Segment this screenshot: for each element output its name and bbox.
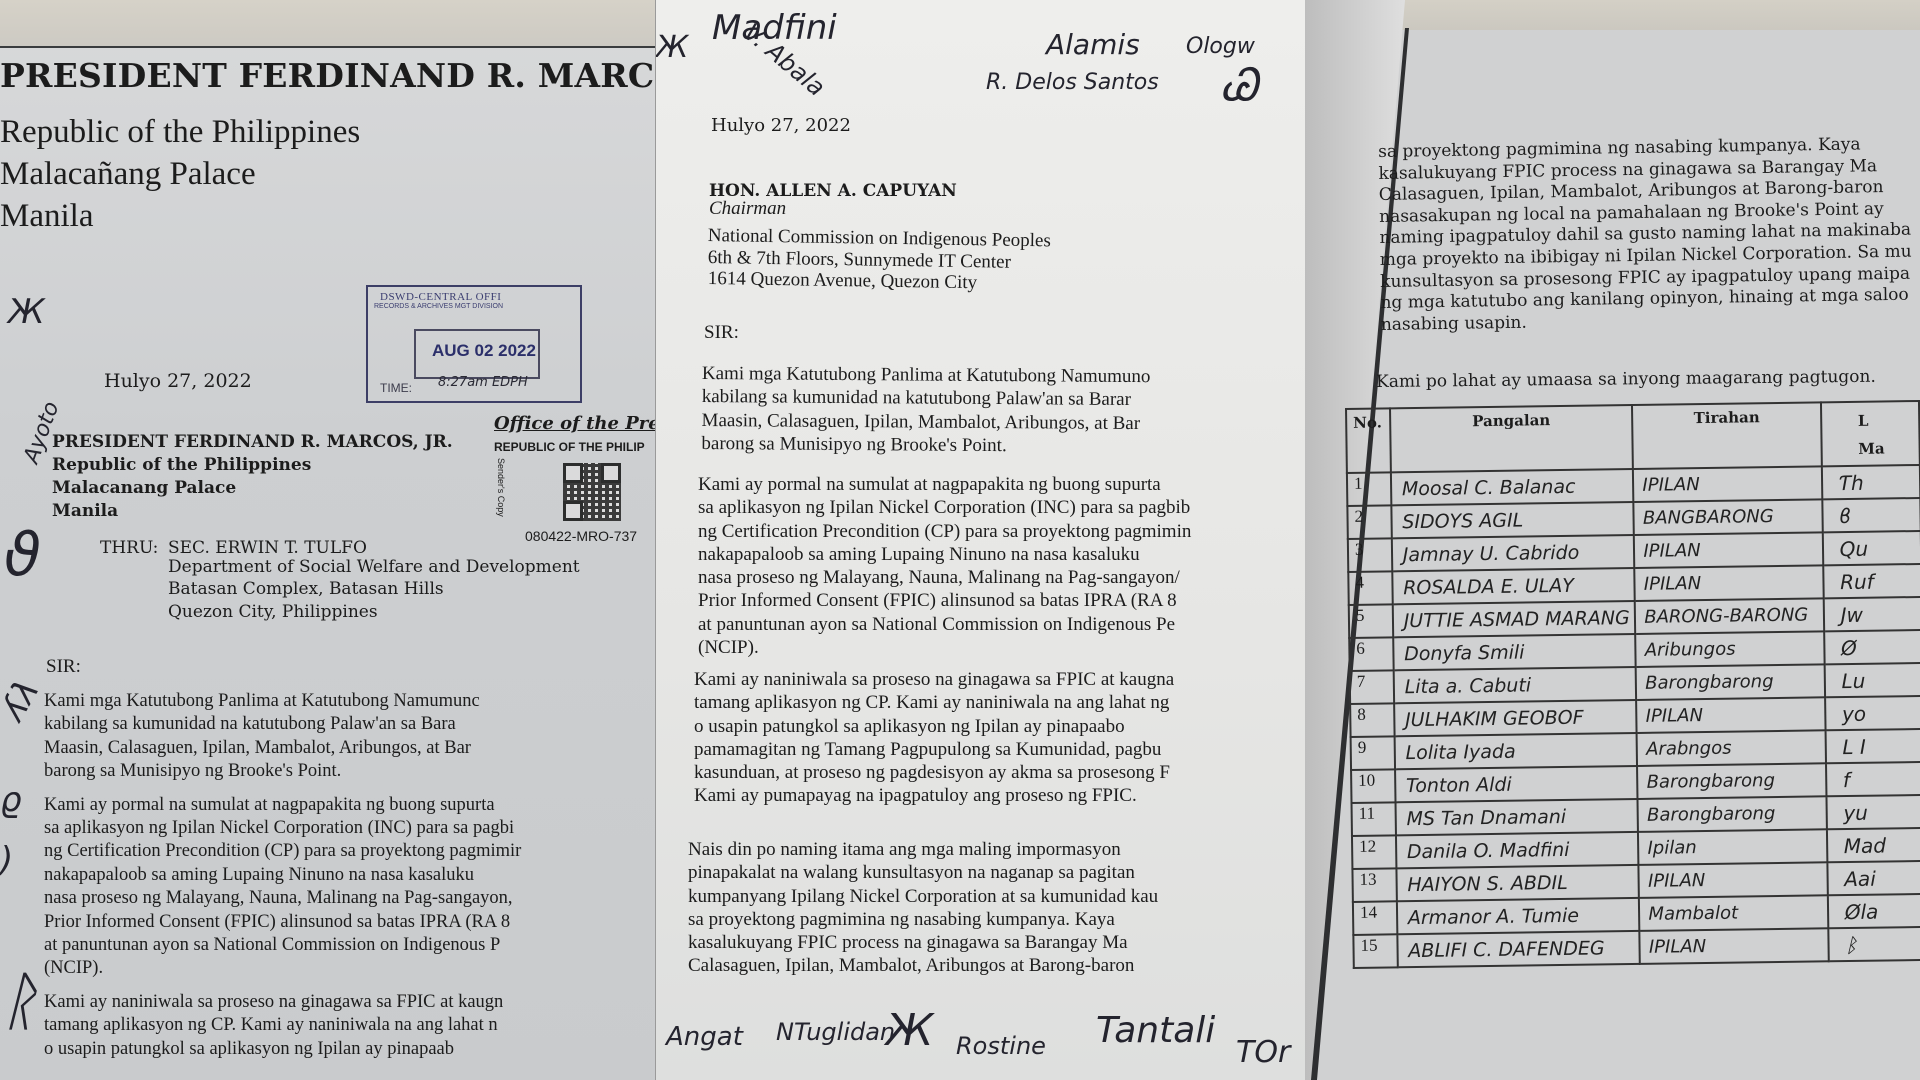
salutation: SIR:	[46, 656, 81, 678]
stamp-date: AUG 02 2022	[432, 341, 536, 361]
letterhead-line: Manila	[0, 198, 93, 235]
body-line: kabilang sa kumunidad na katutubong Pala…	[702, 385, 1151, 411]
body-line: at panuntunan ayon sa National Commissio…	[698, 613, 1191, 636]
body-line: o usapin patungkol sa aplikasyon ng Ipil…	[44, 1038, 655, 1061]
addressee-line: PRESIDENT FERDINAND R. MARCOS, JR.	[52, 432, 453, 452]
body-line: Kami ay pormal na sumulat at nagpapakita…	[44, 794, 655, 817]
stamp-time-label: TIME:	[380, 381, 412, 395]
body-line: Maasin, Calasaguen, Ipilan, Mambalot, Ar…	[44, 737, 655, 760]
body-line: Calasaguen, Ipilan, Mambalot, Aribungos …	[688, 954, 1158, 977]
letter-heading: PRESIDENT FERDINAND R. MARCOS JR	[0, 56, 655, 95]
margin-signature: ᚱ	[0, 965, 38, 1039]
body-line: nakapapaloob sa aming Lupaing Ninuno na …	[44, 864, 655, 887]
body-line: Kami mga Katutubong Panlima at Katutubon…	[44, 690, 655, 713]
initials-signature: Ж	[8, 292, 45, 332]
qr-code-icon	[563, 463, 621, 521]
body-paragraph: Kami ay pormal na sumulat at nagpapakita…	[698, 473, 1191, 659]
body-line: Kami ay pumapayag na ipagpatuloy ang pro…	[694, 784, 1174, 807]
signature: Ologw	[1186, 34, 1255, 59]
body-paragraph: Kami ay naniniwala sa proseso na ginagaw…	[44, 991, 655, 1061]
body-paragraph: Kami ay pormal na sumulat at nagpapakita…	[44, 794, 655, 981]
continuation-paragraph: sa proyektong pagmimina ng nasabing kump…	[1378, 134, 1913, 337]
margin-signature: ϱ	[0, 780, 22, 820]
letter-body: Kami mga Katutubong Panlima at Katutubon…	[44, 690, 655, 1071]
body-line: tamang aplikasyon ng CP. Kami ay naniniw…	[694, 691, 1174, 714]
margin-signature: ϑ	[4, 520, 41, 590]
margin-signature: )	[0, 840, 13, 880]
body-line: ng Certification Precondition (CP) para …	[44, 840, 655, 863]
signature: R. Delos Santos	[986, 70, 1159, 95]
body-line: kabilang sa kumunidad na katutubong Pala…	[44, 713, 655, 736]
signature: Angat	[666, 1022, 743, 1052]
body-paragraph: Kami ay naniniwala sa proseso na ginagaw…	[694, 668, 1174, 808]
addressee-line: Republic of the Philippines	[52, 455, 311, 475]
body-line: kasalukuyang FPIC process na ginagawa sa…	[688, 931, 1158, 954]
signature: Tantali	[1096, 1010, 1215, 1051]
top-background-strip	[0, 0, 655, 48]
salutation: SIR:	[704, 322, 739, 344]
thru-line: Batasan Complex, Batasan Hills	[168, 579, 444, 599]
initials-signature: Ж	[656, 30, 688, 65]
margin-signature: ʎλ	[0, 673, 48, 728]
office-of-president-subtitle: REPUBLIC OF THE PHILIP	[494, 440, 645, 454]
body-line: Maasin, Calasaguen, Ipilan, Mambalot, Ar…	[702, 409, 1151, 435]
senders-copy-label: Sender's Copy	[496, 458, 506, 517]
stamp-office: DSWD-CENTRAL OFFI	[380, 291, 501, 303]
addressee-line: Malacanang Palace	[52, 478, 236, 498]
body-line: Nais din po naming itama ang mga maling …	[688, 838, 1158, 861]
letterhead-line: Republic of the Philippines	[0, 114, 360, 151]
body-line: tamang aplikasyon ng CP. Kami ay naniniw…	[44, 1014, 655, 1037]
signature: Ж	[886, 1005, 933, 1056]
signature: Rostine	[956, 1032, 1046, 1060]
dswd-receiving-stamp: DSWD-CENTRAL OFFI RECORDS & ARCHIVES MGT…	[366, 285, 582, 403]
body-line: Kami ay pormal na sumulat at nagpapakita…	[698, 473, 1191, 496]
letterhead-line: Malacañang Palace	[0, 156, 256, 193]
addressee-line: Manila	[52, 501, 118, 521]
letter-to-ncip-photo: Madfini V. Abala Alamis Ologw R. Delos S…	[655, 0, 1306, 1080]
body-line: Prior Informed Consent (FPIC) alinsunod …	[44, 911, 655, 934]
body-line: sa proyektong pagmimina ng nasabing kump…	[688, 908, 1158, 931]
body-line: nasa proseso ng Malayang, Nauna, Malinan…	[44, 887, 655, 910]
letter-to-president-photo: PRESIDENT FERDINAND R. MARCOS JR Republi…	[0, 0, 655, 1080]
body-line: nasa proseso ng Malayang, Nauna, Malinan…	[698, 566, 1191, 589]
thru-line: Department of Social Welfare and Develop…	[168, 557, 580, 577]
body-line: kasunduan, at proseso ng pagdesisyon ay …	[694, 761, 1174, 784]
tracking-number: 080422-MRO-737	[525, 528, 637, 544]
body-line: pinapakalat na walang kunsultasyon na na…	[688, 861, 1158, 884]
body-line: barong sa Munisipyo ng Brooke's Point.	[701, 432, 1150, 458]
body-line: (NCIP).	[44, 957, 655, 980]
body-line: nakapapaloob sa aming Lupaing Ninuno na …	[698, 543, 1191, 566]
letter-date: Hulyo 27, 2022	[104, 370, 252, 392]
stamp-division: RECORDS & ARCHIVES MGT DIVISION	[374, 303, 503, 310]
stamp-time-value: 8:27am EDPH	[438, 375, 528, 390]
thru-line: Quezon City, Philippines	[168, 602, 378, 622]
body-line: (NCIP).	[698, 636, 1191, 659]
addressee-title: Chairman	[709, 198, 786, 220]
signature: NTuglidan	[776, 1018, 895, 1046]
body-line: kumpanyang Ipilang Nickel Corporation at…	[688, 885, 1158, 908]
body-line: sa aplikasyon ng Ipilan Nickel Corporati…	[698, 496, 1191, 519]
signature: Ꮚ	[1221, 60, 1258, 111]
body-line: barong sa Munisipyo ng Brooke's Point.	[44, 760, 655, 783]
body-paragraph: Kami mga Katutubong Panlima at Katutubon…	[44, 690, 655, 784]
addressee-line: 1614 Quezon Avenue, Quezon City	[708, 268, 978, 294]
body-line: Kami ay naniniwala sa proseso na ginagaw…	[694, 668, 1174, 691]
body-line: Kami mga Katutubong Panlima at Katutubon…	[702, 362, 1151, 388]
body-paragraph: Nais din po naming itama ang mga maling …	[688, 838, 1158, 978]
body-line: o usapin patungkol sa aplikasyon ng Ipil…	[694, 715, 1174, 738]
body-line: Prior Informed Consent (FPIC) alinsunod …	[698, 589, 1191, 612]
signature: Alamis	[1046, 28, 1140, 61]
signature: TOr	[1236, 1035, 1290, 1070]
body-line: Kami ay naniniwala sa proseso na ginagaw…	[44, 991, 655, 1014]
thru-line: SEC. ERWIN T. TULFO	[168, 538, 367, 558]
body-line: sa aplikasyon ng Ipilan Nickel Corporati…	[44, 817, 655, 840]
body-line: ng Certification Precondition (CP) para …	[698, 520, 1191, 543]
body-line: at panuntunan ayon sa National Commissio…	[44, 934, 655, 957]
letter-date: Hulyo 27, 2022	[711, 115, 851, 136]
body-paragraph: Kami mga Katutubong Panlima at Katutubon…	[701, 362, 1150, 458]
thru-label: THRU:	[100, 538, 158, 558]
office-of-president-label: Office of the Pres	[494, 413, 655, 434]
body-line: pamamagitan ng Tamang Pagpupulong sa Kum…	[694, 738, 1174, 761]
